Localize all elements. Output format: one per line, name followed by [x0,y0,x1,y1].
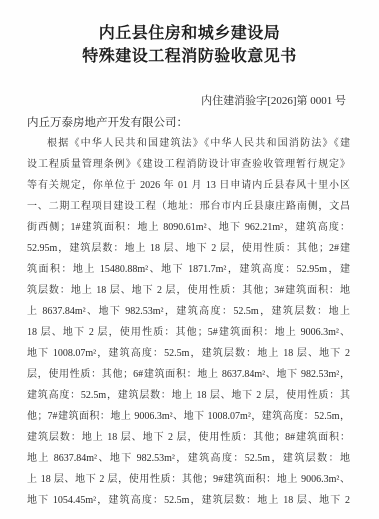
body-line: 上 18 层、地下 2 层，使用性质：其他；9#建筑面积：地上 9006.3m²… [27,469,350,490]
body-paragraph: 根据《中华人民共和国建筑法》《中华人民共和国消防法》《建 设工程质量管理条例》《… [0,133,379,511]
document-page: 内丘县住房和城乡建设局 特殊建设工程消防验收意见书 内住建消验字[2026]第 … [0,0,379,519]
body-line: 建筑高度：52.5m，建筑层数：地上 18 层、地下 2 层，使用性质：其 [27,385,350,406]
recipient-name: 内丘万泰房地产开发有限公司： [0,116,379,131]
document-number: 内住建消验字[2026]第 0001 号 [0,94,379,108]
body-line: 街西侧；1#建筑面积：地上 8090.61m²、地下 962.21m²，建筑高度… [27,217,350,238]
body-line: 地下 1054.45m²，建筑高度：52.5m，建筑层数：地上 18 层、地下 … [27,490,350,511]
body-line: 筑面积：地上 15480.88m²、地下 1871.7m²，建筑高度：52.95… [27,259,350,280]
document-title-type: 特殊建设工程消防验收意见书 [0,45,379,68]
body-line: 地上 8637.84m²、地下 982.53m²，建筑高度：52.5m，建筑层数… [27,448,350,469]
body-line: 建筑层数：地上 18 层、地下 2 层，使用性质：其他；8#建筑面积： [27,427,350,448]
body-line: 筑层数：地上 18 层、地下 2 层，使用性质：其他；3#建筑面积：地 [27,280,350,301]
body-line: 等有关规定，你单位于 2026 年 01 月 13 日申请内丘县春风十里小区 [27,175,350,196]
body-line: 层，使用性质：其他；6#建筑面积：地上 8637.84m²、地下 982.53m… [27,364,350,385]
body-line: 18 层、地下 2 层，使用性质：其他；5#建筑面积：地上 9006.3m²、 [27,322,350,343]
body-line: 地下 1008.07m²，建筑高度：52.5m，建筑层数：地上 18 层、地下 … [27,343,350,364]
body-line: 他；7#建筑面积：地上 9006.3m²、地下 1008.07m²，建筑高度：5… [27,406,350,427]
document-title-org: 内丘县住房和城乡建设局 [0,22,379,45]
body-line: 设工程质量管理条例》《建设工程消防设计审查验收管理暂行规定》 [27,154,350,175]
body-line: 上 8637.84m²、地下 982.53m²，建筑高度：52.5m，建筑层数：… [27,301,350,322]
body-line: 52.95m，建筑层数：地上 18 层、地下 2 层，使用性质：其他；2#建 [27,238,350,259]
body-line: 根据《中华人民共和国建筑法》《中华人民共和国消防法》《建 [27,133,350,154]
body-line: 一、二期工程项目建设工程（地址：邢台市内丘县康庄路南侧，文昌 [27,196,350,217]
